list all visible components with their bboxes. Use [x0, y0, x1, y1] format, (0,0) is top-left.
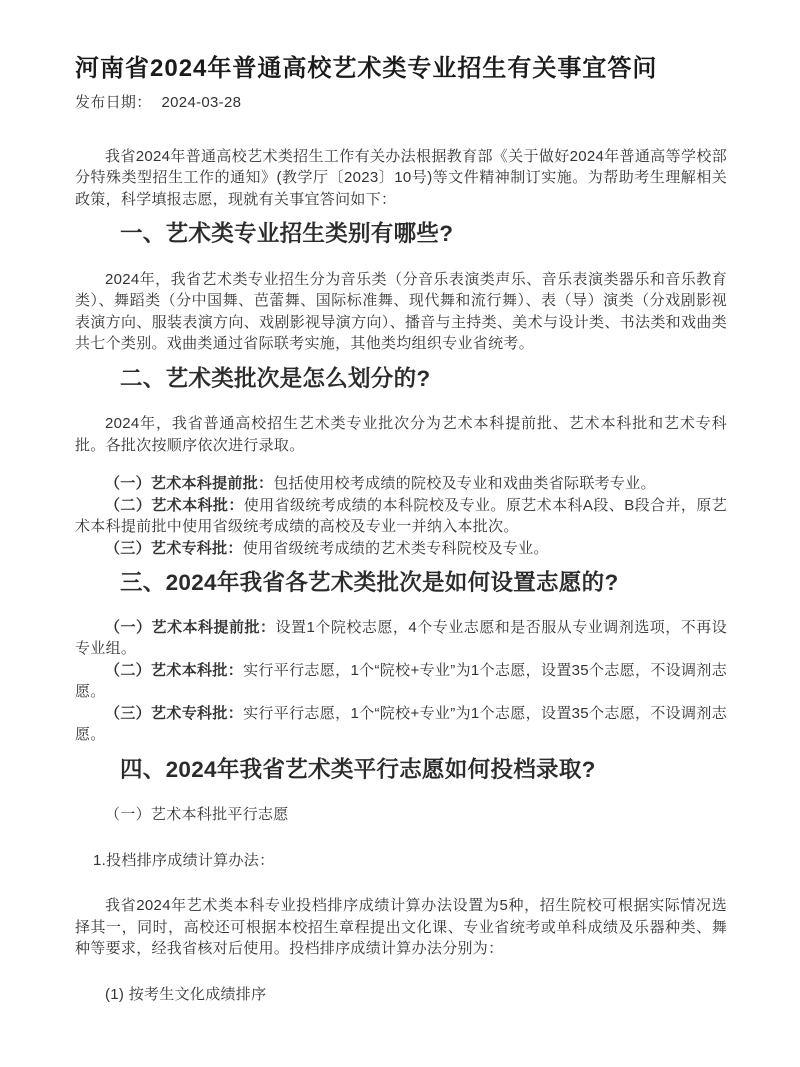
section-3-heading: 三、2024年我省各艺术类批次是如何设置志愿的? [75, 572, 727, 594]
list-item-label: （二）艺术本科批： [105, 662, 243, 679]
section-2-item-list: （一）艺术本科提前批：包括使用校考成绩的院校及专业和戏曲类省际联考专业。 （二）… [75, 473, 727, 559]
method-label: 1.投档排序成绩计算办法： [75, 850, 727, 872]
list-item-text: 使用省级统考成绩的艺术类专科院校及专业。 [243, 540, 549, 557]
article-page: 河南省2024年普通高校艺术类专业招生有关事宜答问 发布日期：2024-03-2… [0, 0, 800, 1045]
list-item-label: （三）艺术专科批： [105, 705, 243, 722]
list-item: （三）艺术专科批：使用省级统考成绩的艺术类专科院校及专业。 [75, 538, 727, 560]
list-item-label: （一）艺术本科提前批： [105, 619, 276, 636]
section-4-heading: 四、2024年我省艺术类平行志愿如何投档录取? [75, 759, 727, 781]
publish-date-label: 发布日期： [75, 94, 152, 111]
section-1-heading: 一、艺术类专业招生类别有哪些? [75, 223, 727, 245]
page-title: 河南省2024年普通高校艺术类专业招生有关事宜答问 [75, 52, 727, 85]
list-item: （二）艺术本科批：使用省级统考成绩的本科院校及专业。原艺术本科A段、B段合并，原… [75, 495, 727, 538]
publish-date-value: 2024-03-28 [162, 94, 242, 111]
list-item-text: 包括使用校考成绩的院校及专业和戏曲类省际联考专业。 [273, 475, 656, 492]
publish-date-line: 发布日期：2024-03-28 [75, 92, 727, 114]
section-4-sub-heading: （一）艺术本科批平行志愿 [75, 804, 727, 826]
section-3-item-list: （一）艺术本科提前批：设置1个院校志愿，4个专业志愿和是否服从专业调剂选项，不再… [75, 617, 727, 746]
list-item: （二）艺术本科批：实行平行志愿，1个“院校+专业”为1个志愿，设置35个志愿，不… [75, 660, 727, 703]
section-2-paragraph: 2024年，我省普通高校招生艺术类专业批次分为艺术本科提前批、艺术本科批和艺术专… [75, 413, 727, 456]
list-item-label: （一）艺术本科提前批： [105, 475, 273, 492]
section-1-paragraph: 2024年，我省艺术类专业招生分为音乐类（分音乐表演类声乐、音乐表演类器乐和音乐… [75, 269, 727, 355]
list-item: （三）艺术专科批：实行平行志愿，1个“院校+专业”为1个志愿，设置35个志愿，不… [75, 703, 727, 746]
list-item: （一）艺术本科提前批：设置1个院校志愿，4个专业志愿和是否服从专业调剂选项，不再… [75, 617, 727, 660]
list-item-label: （三）艺术专科批： [105, 540, 243, 557]
list-item-label: （二）艺术本科批： [105, 497, 244, 514]
intro-paragraph: 我省2024年普通高校艺术类招生工作有关办法根据教育部《关于做好2024年普通高… [75, 146, 727, 211]
list-item: （一）艺术本科提前批：包括使用校考成绩的院校及专业和戏曲类省际联考专业。 [75, 473, 727, 495]
section-4-paragraph: 我省2024年艺术类本科专业投档排序成绩计算办法设置为5种，招生院校可根据实际情… [75, 895, 727, 960]
method-item-1: (1) 按考生文化成绩排序 [75, 984, 727, 1006]
section-2-heading: 二、艺术类批次是怎么划分的? [75, 368, 727, 390]
